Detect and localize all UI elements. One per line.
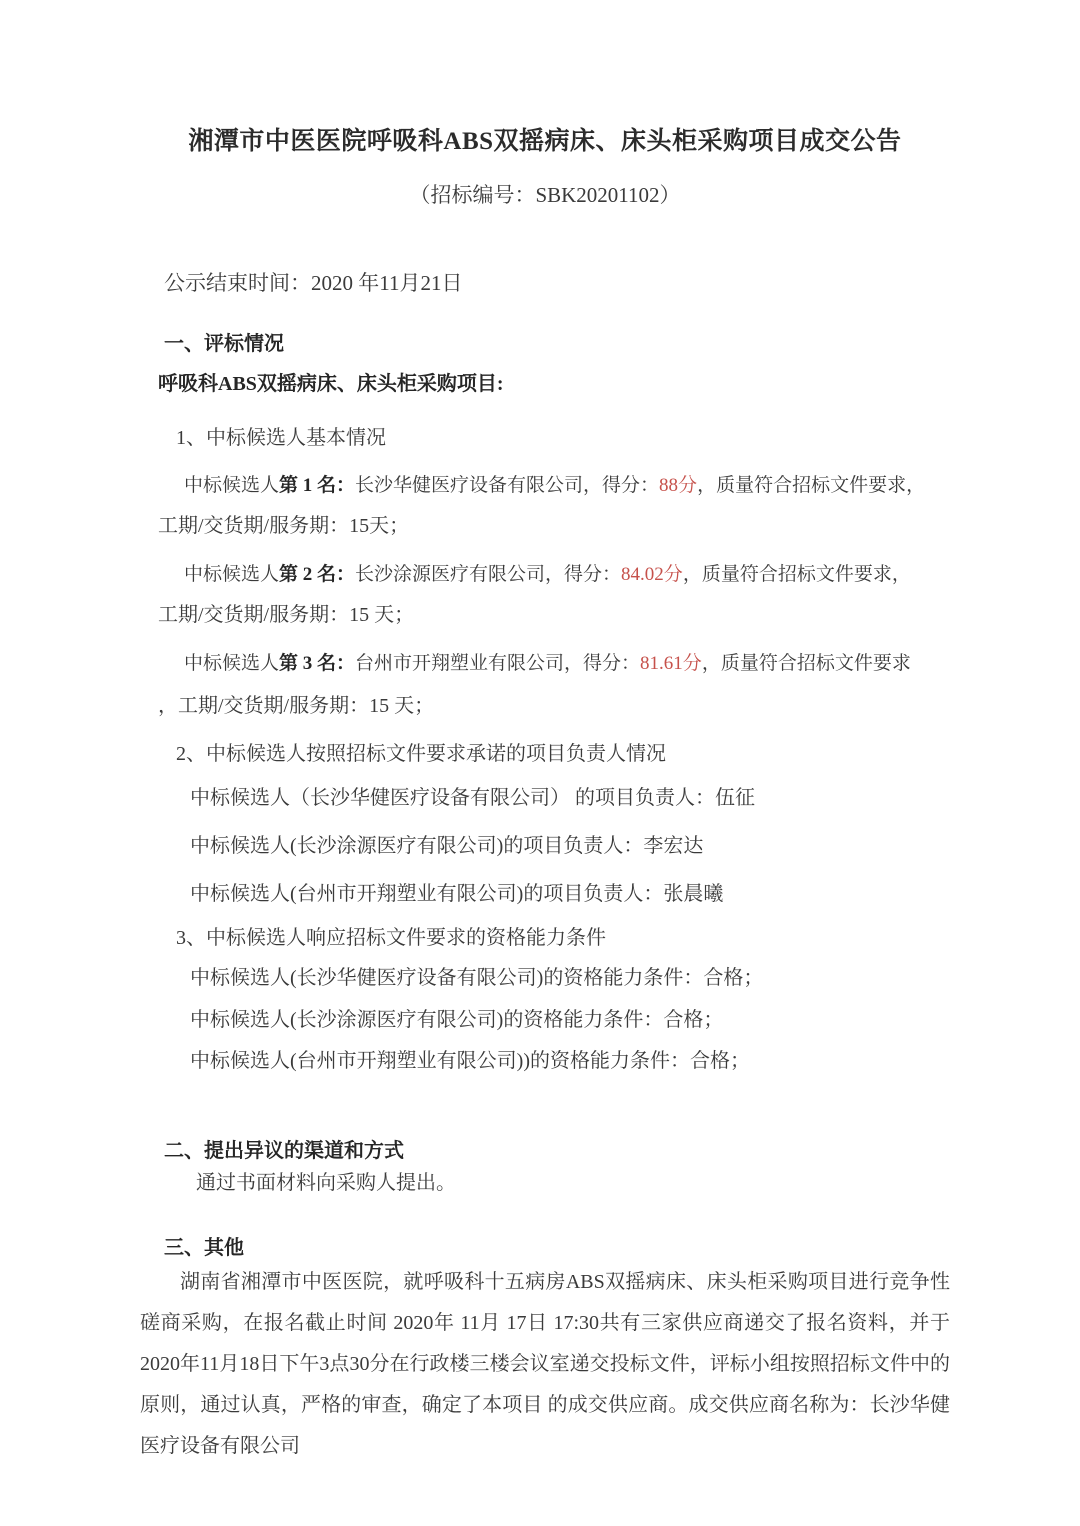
- project-manager-item-2: 中标候选人(长沙涂源医疗有限公司)的项目负责人：李宏达: [140, 834, 950, 858]
- section-2-body: 通过书面材料向采购人提出。: [140, 1171, 950, 1195]
- candidate-3-company: 台州市开翔塑业有限公司，得分：: [355, 653, 640, 674]
- candidate-3-rank: 第 3 名：: [279, 653, 355, 674]
- project-manager-item-1: 中标候选人（长沙华健医疗设备有限公司） 的项目负责人：伍征: [140, 786, 950, 810]
- candidate-2-company: 长沙涂源医疗有限公司，得分：: [355, 564, 621, 585]
- candidate-3-quality: ，质量符合招标文件要求: [702, 653, 911, 674]
- candidate-1-line: 中标候选人第 1 名：长沙华健医疗设备有限公司，得分：88分，质量符合招标文件要…: [140, 474, 950, 498]
- candidate-3-score: 81.61分: [640, 653, 702, 674]
- candidate-3-prefix: 中标候选人: [184, 653, 279, 674]
- candidate-1-delivery-period: 工期/交货期/服务期：15天；: [140, 514, 950, 538]
- subsection-3-heading: 3、中标候选人响应招标文件要求的资格能力条件: [140, 926, 950, 950]
- project-title-line: 呼吸科ABS双摇病床、床头柜采购项目:: [140, 372, 950, 396]
- candidate-1-company: 长沙华健医疗设备有限公司，得分：: [355, 475, 659, 496]
- document-title: 湘潭市中医医院呼吸科ABS双摇病床、床头柜采购项目成交公告: [140, 126, 950, 158]
- candidate-2-line: 中标候选人第 2 名：长沙涂源医疗有限公司，得分：84.02分，质量符合招标文件…: [140, 563, 950, 587]
- section-1-heading: 一、评标情况: [140, 332, 950, 356]
- publicity-end-time: 公示结束时间：2020 年11月21日: [140, 270, 950, 296]
- candidate-2-delivery-period: 工期/交货期/服务期：15 天；: [140, 603, 950, 627]
- subsection-2-heading: 2、中标候选人按照招标文件要求承诺的项目负责人情况: [140, 742, 950, 766]
- candidate-2-rank: 第 2 名：: [279, 564, 355, 585]
- section-3-body: 湖南省湘潭市中医医院，就呼吸科十五病房ABS双摇病床、床头柜采购项目进行竞争性磋…: [140, 1262, 950, 1467]
- qualification-item-2: 中标候选人(长沙涂源医疗有限公司)的资格能力条件：合格；: [140, 1008, 950, 1032]
- section-3-heading: 三、其他: [140, 1236, 950, 1260]
- qualification-item-1: 中标候选人(长沙华健医疗设备有限公司)的资格能力条件：合格；: [140, 966, 950, 990]
- qualification-item-3: 中标候选人(台州市开翔塑业有限公司))的资格能力条件：合格；: [140, 1049, 950, 1073]
- candidate-1-prefix: 中标候选人: [184, 475, 279, 496]
- candidate-2-score: 84.02分: [621, 564, 683, 585]
- candidate-1-rank: 第 1 名：: [279, 475, 355, 496]
- subsection-1-heading: 1、中标候选人基本情况: [140, 426, 950, 450]
- tender-number: （招标编号：SBK20201102）: [140, 182, 950, 208]
- section-2-heading: 二、提出异议的渠道和方式: [140, 1139, 950, 1163]
- candidate-3-delivery-period: ，工期/交货期/服务期：15 天；: [140, 694, 950, 718]
- candidate-1-score: 88分: [659, 475, 697, 496]
- candidate-1-quality: ，质量符合招标文件要求，: [697, 475, 925, 496]
- candidate-2-quality: ，质量符合招标文件要求，: [683, 564, 911, 585]
- announcement-document: 湘潭市中医医院呼吸科ABS双摇病床、床头柜采购项目成交公告 （招标编号：SBK2…: [0, 0, 1080, 1526]
- project-manager-item-3: 中标候选人(台州市开翔塑业有限公司)的项目负责人：张晨曦: [140, 882, 950, 906]
- candidate-2-prefix: 中标候选人: [184, 564, 279, 585]
- candidate-3-line: 中标候选人第 3 名：台州市开翔塑业有限公司，得分：81.61分，质量符合招标文…: [140, 652, 950, 676]
